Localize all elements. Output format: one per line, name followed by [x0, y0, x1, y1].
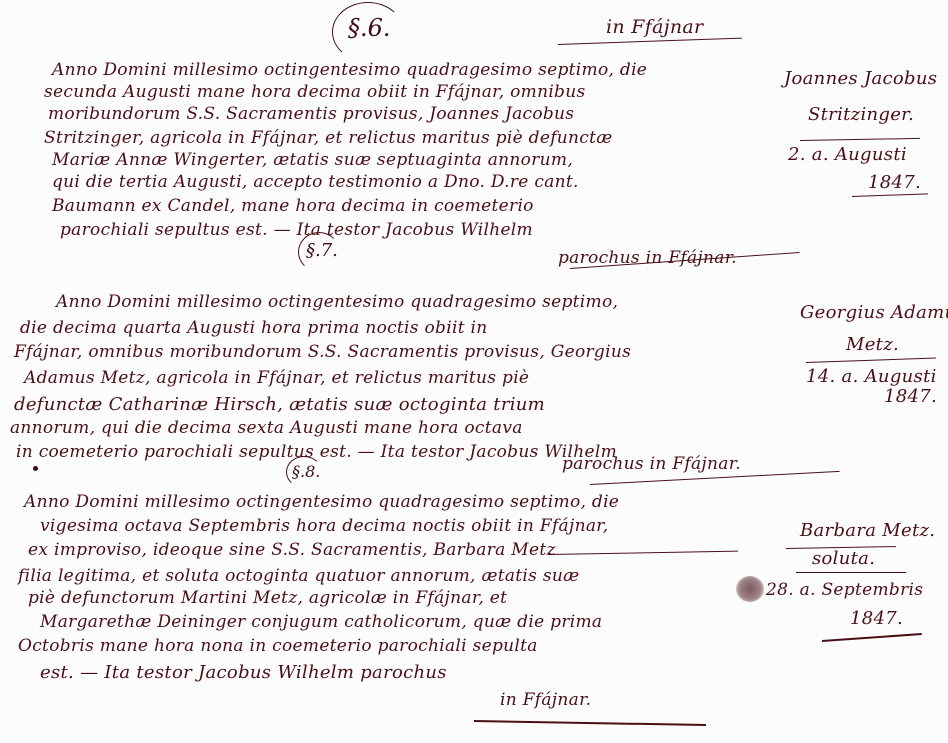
entry-8-line-2: vigesima octava Septembris hora decima n… — [40, 516, 609, 536]
entry-7-line-4: Adamus Metz, agricola in Ffájnar, et rel… — [24, 368, 529, 388]
entry-6-line-3: moribundorum S.S. Sacramentis provisus, … — [48, 104, 574, 124]
entry-7-margin-rule — [806, 357, 936, 363]
entry-8-margin-name: Barbara Metz. — [800, 520, 935, 541]
entry-7-line-1: Anno Domini millesimo octingentesimo qua… — [56, 292, 618, 312]
section-mark-7: §.7. — [306, 240, 338, 261]
barbara-underline — [548, 551, 738, 555]
entry-7-line-3: Ffájnar, omnibus moribundorum S.S. Sacra… — [14, 342, 631, 362]
entry-6-margin-surname: Stritzinger. — [808, 104, 914, 125]
entry-6-line-1: Anno Domini millesimo octingentesimo qua… — [52, 60, 647, 80]
entry-6-line-4: Stritzinger, agricola in Ffájnar, et rel… — [44, 128, 613, 148]
entry-8-line-4: filia legitima, et soluta octoginta quat… — [18, 566, 579, 586]
entry-6-margin-rule — [800, 138, 920, 141]
entry-7-line-7: in coemeterio parochiali sepultus est. —… — [16, 442, 617, 462]
section-ring — [286, 456, 322, 488]
entry-6-margin-name: Joannes Jacobus — [784, 68, 937, 89]
entry-7-margin-name: Georgius Adamus — [800, 302, 948, 323]
entry-7-line-8: parochus in Ffájnar. — [562, 454, 741, 474]
seal-stamp — [736, 576, 764, 602]
entry-8-margin-rule-2 — [796, 572, 906, 573]
section-mark-8: §.8. — [292, 462, 320, 481]
entry-8-line-9: in Ffájnar. — [500, 690, 591, 710]
section-mark-6: §.6. — [348, 14, 391, 42]
heading-rule — [558, 38, 742, 45]
entry-7-margin-year: 1847. — [884, 386, 937, 407]
entry-6-line-7: Baumann ex Candel, mane hora decima in c… — [52, 196, 534, 216]
entry-6-year-rule — [852, 193, 928, 197]
closing-rule — [474, 720, 706, 726]
entry-7-line-5: defunctæ Catharinæ Hirsch, ætatis suæ oc… — [14, 394, 545, 415]
ink-blot — [33, 466, 38, 471]
entry-8-line-8: est. — Ita testor Jacobus Wilhelm paroch… — [40, 662, 447, 683]
entry-6-line-8: parochiali sepultus est. — Ita testor Ja… — [60, 220, 533, 240]
entry-7-line-2: die decima quarta Augusti hora prima noc… — [20, 318, 488, 338]
entry-8-margin-year: 1847. — [850, 608, 903, 629]
entry-6-line-2: secunda Augusti mane hora decima obiit i… — [44, 82, 586, 102]
entry-8-line-5: piè defunctorum Martini Metz, agricolæ i… — [28, 588, 507, 608]
register-page: §.6. in Ffájnar Anno Domini millesimo oc… — [0, 0, 948, 743]
entry-6-margin-year: 1847. — [868, 172, 921, 193]
entry-6-line-6: qui die tertia Augusti, accepto testimon… — [52, 172, 579, 192]
place-heading: in Ffájnar — [606, 16, 703, 38]
section-ring — [332, 2, 404, 62]
entry-8-line-1: Anno Domini millesimo octingentesimo qua… — [24, 492, 619, 512]
entry-6-line-5: Mariæ Annæ Wingerter, ætatis suæ septuag… — [52, 150, 573, 170]
entry-8-line-3: ex improviso, ideoque sine S.S. Sacramen… — [28, 540, 556, 560]
entry-7-margin-surname: Metz. — [846, 334, 899, 355]
entry-8-margin-surname: soluta. — [812, 548, 875, 569]
entry-8-line-6: Margarethæ Deininger conjugum catholicor… — [40, 612, 602, 632]
entry-8-line-7: Octobris mane hora nona in coemeterio pa… — [18, 636, 538, 656]
entry-8-margin-date: 28. a. Septembris — [766, 580, 923, 600]
entry-7-margin-date: 14. a. Augusti — [806, 366, 937, 387]
entry-7-line-6: annorum, qui die decima sexta Augusti ma… — [10, 418, 523, 438]
entry-6-margin-date: 2. a. Augusti — [788, 144, 907, 165]
section-ring — [298, 232, 340, 272]
entry-8-year-rule — [822, 633, 922, 642]
